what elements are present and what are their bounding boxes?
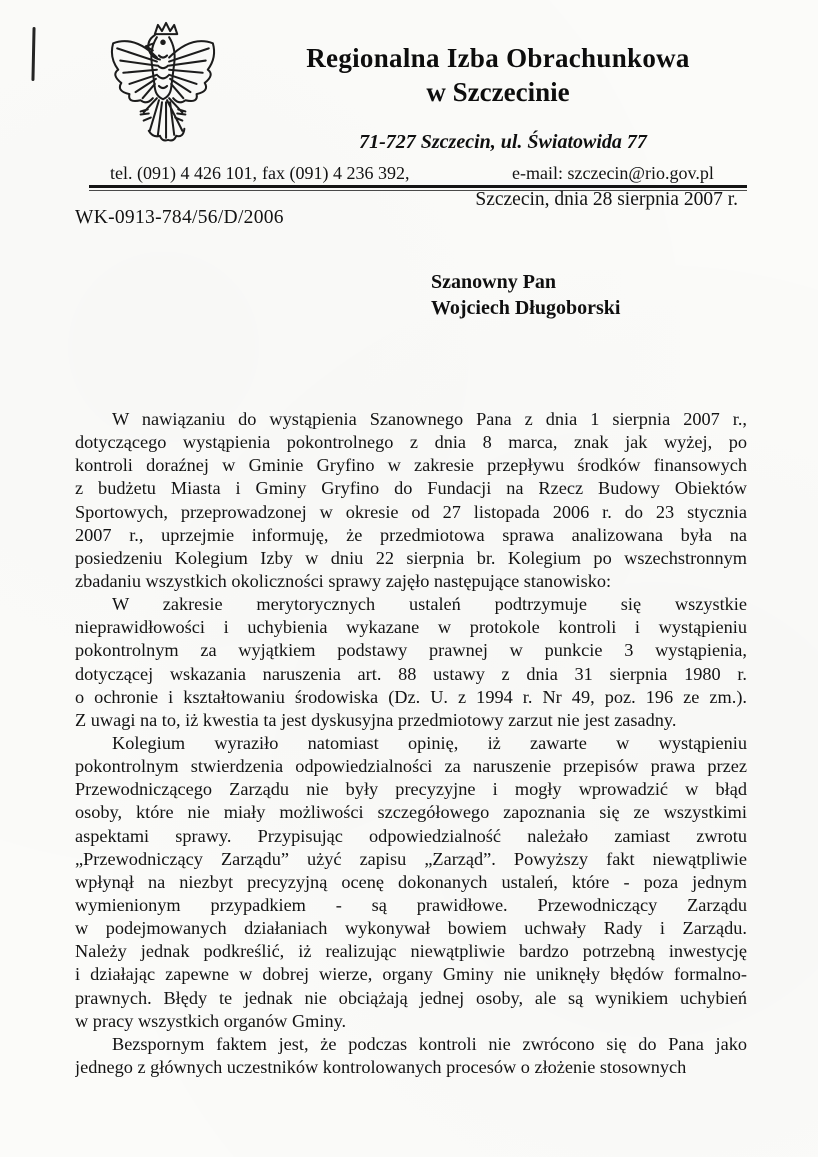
body-line: w podejmowanych działaniach wykonywał bo…	[75, 917, 747, 940]
body-line: dotyczącego wystąpienia pokontrolnego z …	[75, 431, 747, 454]
body-line: Bezspornym faktem jest, że podczas kontr…	[75, 1033, 747, 1056]
body-line: posiedzeniu Kolegium Izby w dniu 22 sier…	[75, 547, 747, 570]
letter-body: W nawiązaniu do wystąpienia Szanownego P…	[75, 408, 747, 1079]
body-line: 2007 r., uprzejmie informuję, że przedmi…	[75, 524, 747, 547]
body-line: Przewodniczącego Zarządu nie były precyz…	[75, 778, 747, 801]
recipient-name: Wojciech Długoborski	[431, 295, 620, 321]
header-rule	[89, 185, 747, 188]
recipient-salutation: Szanowny Pan	[431, 269, 620, 295]
org-subname: w Szczecinie	[258, 77, 738, 108]
body-line: z budżetu Miasta i Gminy Gryfino do Fund…	[75, 477, 747, 500]
body-line: zbadaniu wszystkich okoliczności sprawy …	[75, 570, 747, 593]
body-line: nieprawidłowości i uchybienia wykazane w…	[75, 616, 747, 639]
body-line: Sportowych, przeprowadzonej w okresie od…	[75, 501, 747, 524]
body-line: aspektami sprawy. Przypisując odpowiedzi…	[75, 825, 747, 848]
email-address: e-mail: szczecin@rio.gov.pl	[512, 163, 714, 184]
body-line: pokontrolnym za wyjątkiem podstawy prawn…	[75, 639, 747, 662]
telephone-number: tel. (091) 4 426 101,	[110, 163, 257, 184]
body-line: wymienionym przypadkiem - są prawidłowe.…	[75, 894, 747, 917]
body-line: Kolegium wyraziło natomiast opinię, iż z…	[75, 732, 747, 755]
reference-number: WK-0913-784/56/D/2006	[75, 207, 284, 229]
body-line: W zakresie merytorycznych ustaleń podtrz…	[75, 593, 747, 616]
fax-number: fax (091) 4 236 392,	[262, 163, 409, 184]
body-line: w pracy wszystkich organów Gminy.	[75, 1010, 747, 1033]
body-line: Z uwagi na to, iż kwestia ta jest dyskus…	[75, 709, 747, 732]
body-line: osoby, które nie miały możliwości szczeg…	[75, 801, 747, 824]
body-line: wpłynął na niezbyt precyzyjną ocenę doko…	[75, 871, 747, 894]
body-line: dotyczącej wskazania naruszenia art. 88 …	[75, 663, 747, 686]
org-name: Regionalna Izba Obrachunkowa	[258, 42, 738, 75]
body-line: W nawiązaniu do wystąpienia Szanownego P…	[75, 408, 747, 431]
body-line: „Przewodniczący Zarządu” użyć zapisu „Za…	[75, 848, 747, 871]
recipient-block: Szanowny Pan Wojciech Długoborski	[431, 269, 620, 321]
polish-eagle-emblem-icon	[104, 16, 222, 156]
body-line: jednego z głównych uczestników kontrolow…	[75, 1056, 747, 1079]
body-line: prawnych. Błędy te jednak nie obciążają …	[75, 987, 747, 1010]
body-line: kontroli doraźnej w Gminie Gryfino w zak…	[75, 454, 747, 477]
body-line: i działając zapewne w dobrej wierze, org…	[75, 963, 747, 986]
scan-artifact-line	[31, 27, 35, 81]
body-line: Należy jednak podkreślić, iż realizując …	[75, 940, 747, 963]
body-line: o ochronie i kształtowaniu środowiska (D…	[75, 686, 747, 709]
place-and-date: Szczecin, dnia 28 sierpnia 2007 r.	[475, 189, 738, 211]
org-address: 71-727 Szczecin, ul. Światowida 77	[258, 131, 748, 154]
scanned-letter-page: Regionalna Izba Obrachunkowa w Szczecini…	[0, 0, 818, 1157]
body-line: pokontrolnym stwierdzenia odpowiedzialno…	[75, 755, 747, 778]
